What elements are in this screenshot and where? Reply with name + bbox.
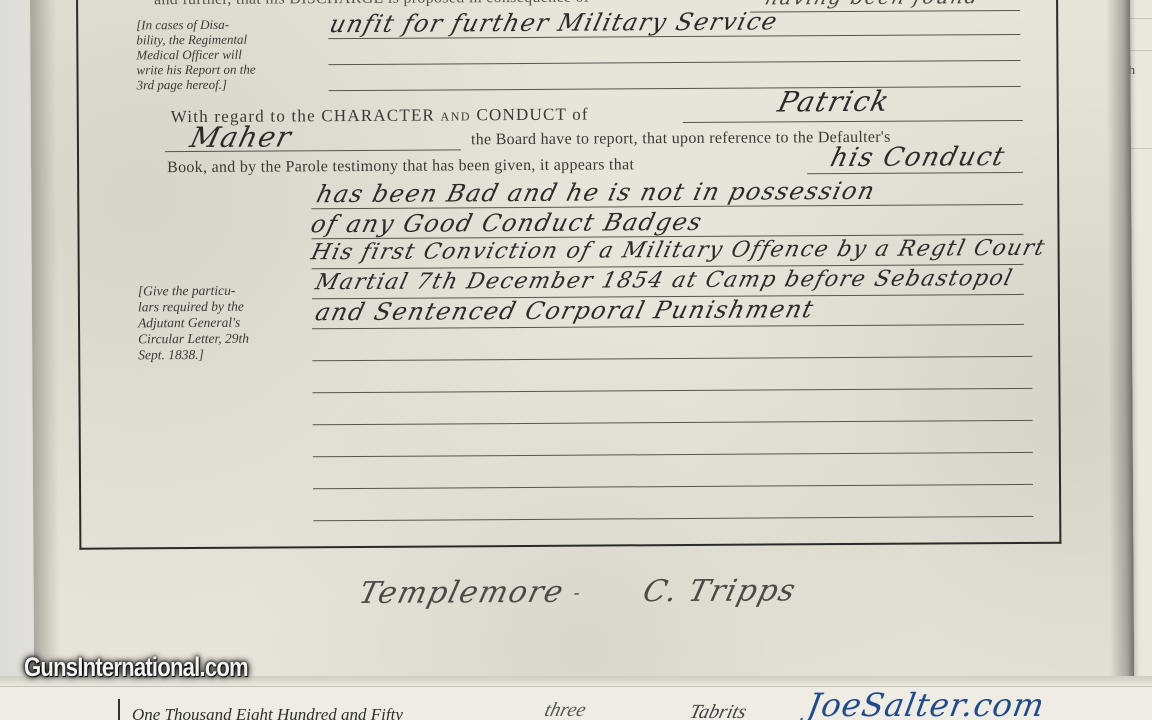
underlying-handwritten-1: three bbox=[542, 699, 588, 720]
discharge-reason-handwritten-1: having been found bbox=[763, 0, 983, 10]
photocopy-edge-right bbox=[1106, 0, 1134, 678]
ruled-line bbox=[683, 120, 1023, 123]
form-frame: and further, that his DISCHARGE is propo… bbox=[76, 0, 1061, 550]
signature-name: C. Tripps bbox=[639, 573, 800, 609]
board-report-text: the Board have to report, that upon refe… bbox=[471, 129, 891, 150]
ruled-line bbox=[312, 388, 1032, 394]
parole-testimony-text: Book, and by the Parole testimony that h… bbox=[167, 156, 634, 177]
printed-text-of: of bbox=[572, 105, 589, 124]
ruled-line bbox=[313, 484, 1033, 490]
ruled-line bbox=[807, 172, 1023, 175]
ruled-line bbox=[329, 86, 1021, 91]
conduct-report-line: and Sentenced Corporal Punishment bbox=[313, 295, 818, 326]
watermark-gunsinternational: GunsInternational.com bbox=[24, 652, 248, 683]
printed-caps-character: CHARACTER bbox=[321, 106, 435, 126]
conduct-handwritten: his Conduct bbox=[827, 142, 1008, 173]
form-border bbox=[118, 699, 120, 720]
soldier-first-name: Patrick bbox=[775, 85, 894, 119]
soldier-surname: Maher bbox=[187, 120, 296, 154]
ruled-line bbox=[313, 452, 1033, 458]
printed-caps-conduct: CONDUCT bbox=[476, 105, 566, 125]
watermark-joesalter: JoeSalter.com bbox=[805, 686, 1048, 720]
discharge-reason-handwritten-2: unfit for further Military Service bbox=[327, 7, 781, 38]
ruled-line bbox=[313, 420, 1033, 426]
conduct-report-line: His first Conviction of a Military Offen… bbox=[309, 236, 1049, 266]
conduct-report-line: Martial 7th December 1854 at Camp before… bbox=[313, 266, 1016, 295]
discharge-reason-printed: and further, that his DISCHARGE is propo… bbox=[154, 0, 589, 9]
underlying-handwritten-2: Tabrits bbox=[687, 701, 749, 720]
signature-dash: - bbox=[571, 583, 584, 604]
photocopy-edge-left bbox=[30, 0, 60, 685]
underlying-printed-text: One Thousand Eight Hundred and Fifty bbox=[132, 705, 403, 720]
particulars-note: [Give the particu- lars required by the … bbox=[138, 282, 308, 363]
signature-place: Templemore bbox=[355, 575, 568, 611]
ruled-line bbox=[312, 356, 1032, 362]
conduct-report-line: of any Good Conduct Badges bbox=[308, 208, 706, 238]
ruled-line bbox=[328, 60, 1020, 65]
disability-note: [In cases of Disa- bility, the Regimenta… bbox=[136, 16, 316, 92]
document-sheet: and further, that his DISCHARGE is propo… bbox=[30, 0, 1134, 685]
conduct-report-line: has been Bad and he is not in possession bbox=[314, 177, 879, 208]
ruled-line bbox=[750, 10, 1020, 13]
printed-smallcaps-and: AND bbox=[440, 109, 471, 123]
ruled-line bbox=[313, 516, 1033, 522]
